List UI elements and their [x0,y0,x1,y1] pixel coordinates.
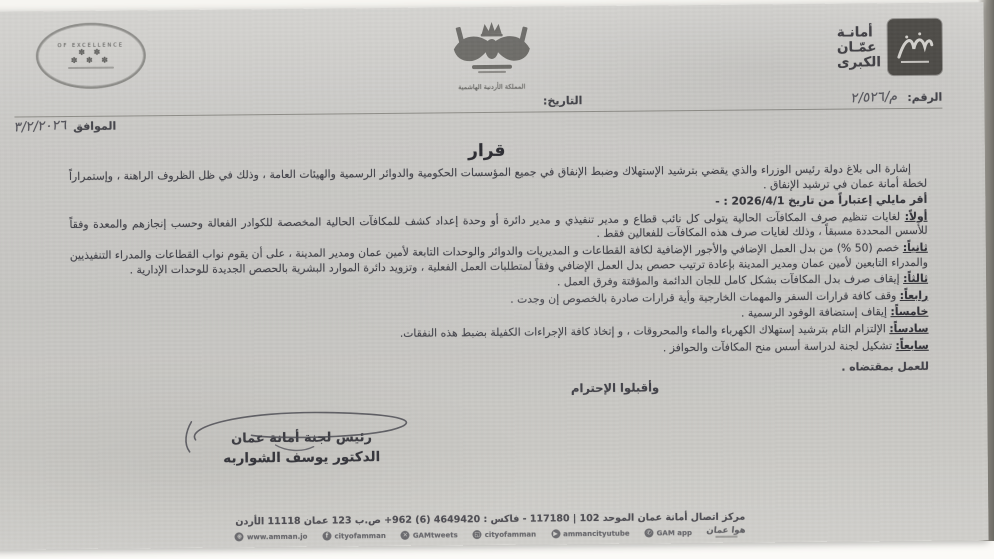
signatory-title: رئيس لجنة أمانة عمان [131,429,471,447]
org-name-line3: الكبرى [837,55,881,70]
facebook-icon: f [322,532,331,541]
seal-text-smudge [68,67,114,69]
x-twitter-icon: ✕ [401,531,410,540]
signature-block: رئيس لجنة أمانة عمان الدكتور يوسف الشوار… [131,401,472,467]
excellence-seal: OF EXCELLENCE ✽ ✽ ✽ ✽ ✽ [36,22,147,89]
globe-icon: ⊕ [235,532,244,541]
clause-1-label: أولاً: [905,210,928,223]
org-name: أمانـة عمّـان الكبرى [837,25,881,70]
scanned-decree-photo: أمانـة عمّـان الكبرى [0,0,994,559]
org-name-line2: عمّـان [837,40,881,55]
youtube-label: ammancityutube [563,529,630,538]
instagram-label: cityofamman [485,530,536,538]
youtube-item: ▶ammancityutube [551,529,630,539]
salutation: وأقبلوا الإحترام [571,380,659,395]
website-label: www.amman.jo [247,532,308,541]
org-name-line1: أمانـة [837,25,881,40]
decree-paper: أمانـة عمّـان الكبرى [0,2,989,550]
decree-title: قرار [0,136,985,166]
date-label: التاريخ: [543,94,582,107]
reference-number-group: الرقم: م/٢/٥٢٦ [582,89,942,108]
clause-7-label: سابعاً: [895,338,928,351]
website-item: ⊕www.amman.jo [235,532,308,542]
seal-stars-row2: ✽ ✽ ✽ [71,57,111,65]
instagram-item: ◱cityofamman [473,530,536,540]
facebook-item: fcityofamman [322,531,385,541]
facebook-label: cityofamman [334,531,385,539]
clause-3-text: إيقاف صرف بدل المكافآت بشكل كامل للجان ا… [557,272,900,288]
clause-2-text: خصم (50 %) من بدل العمل الإضافي والأجور … [70,241,928,276]
app-label: GAM app [657,529,692,537]
radio-logo: هوا عمان [707,527,746,538]
decree-body: إشارة الى بلاغ دولة رئيس الوزراء والذي ي… [69,162,929,402]
clause-5-label: خامساً: [890,305,928,318]
corresponding-label: الموافق [73,120,116,133]
clause-5-text: إيقاف إستضافة الوفود الرسمية . [741,306,887,320]
ref-number-handwritten: م/٢/٥٢٦ [850,88,899,106]
letter-footer: مركز اتصال أمانة عمان الموحد 102 | 11718… [0,509,989,545]
jordan-coat-of-arms: المملكة الأردنية الهاشمية [441,18,542,91]
x-label: GAMtweets [413,531,458,539]
instagram-icon: ◱ [473,530,482,539]
clause-4-label: رابعاً: [900,289,929,302]
phone-icon: ✆ [645,528,654,537]
corresponding-date-handwritten: ٣/٢/٢٠٢٦ [13,117,68,135]
ref-number-label: الرقم: [907,91,942,104]
clause-6-text: الإلتزام التام بترشيد إستهلاك الكهرباء و… [400,322,886,340]
app-item: ✆GAM app [645,528,692,537]
clause-4-text: وقف كافة قرارات السفر والمهمات الخارجية … [510,289,896,306]
clause-3-label: ثالثاً: [903,272,928,285]
radio-label: هوا عمان [707,527,747,535]
radio-frequency-smudge [716,536,738,538]
coat-of-arms-icon [441,18,542,77]
x-item: ✕GAMtweets [401,530,458,540]
gam-logo: أمانـة عمّـان الكبرى [837,19,942,76]
signatory-name: الدكتور يوسف الشواربه [132,448,472,467]
kingdom-caption: المملكة الأردنية الهاشمية [442,82,542,91]
gam-calligraphy-icon [888,19,943,76]
youtube-icon: ▶ [551,529,560,538]
clause-7-text: تشكيل لجنة لدراسة أسس منح المكافآت والحو… [663,339,892,354]
clause-2-label: ثانياً: [903,241,928,254]
clause-6-label: سادساً: [889,322,928,335]
letterhead: أمانـة عمّـان الكبرى [0,2,984,96]
